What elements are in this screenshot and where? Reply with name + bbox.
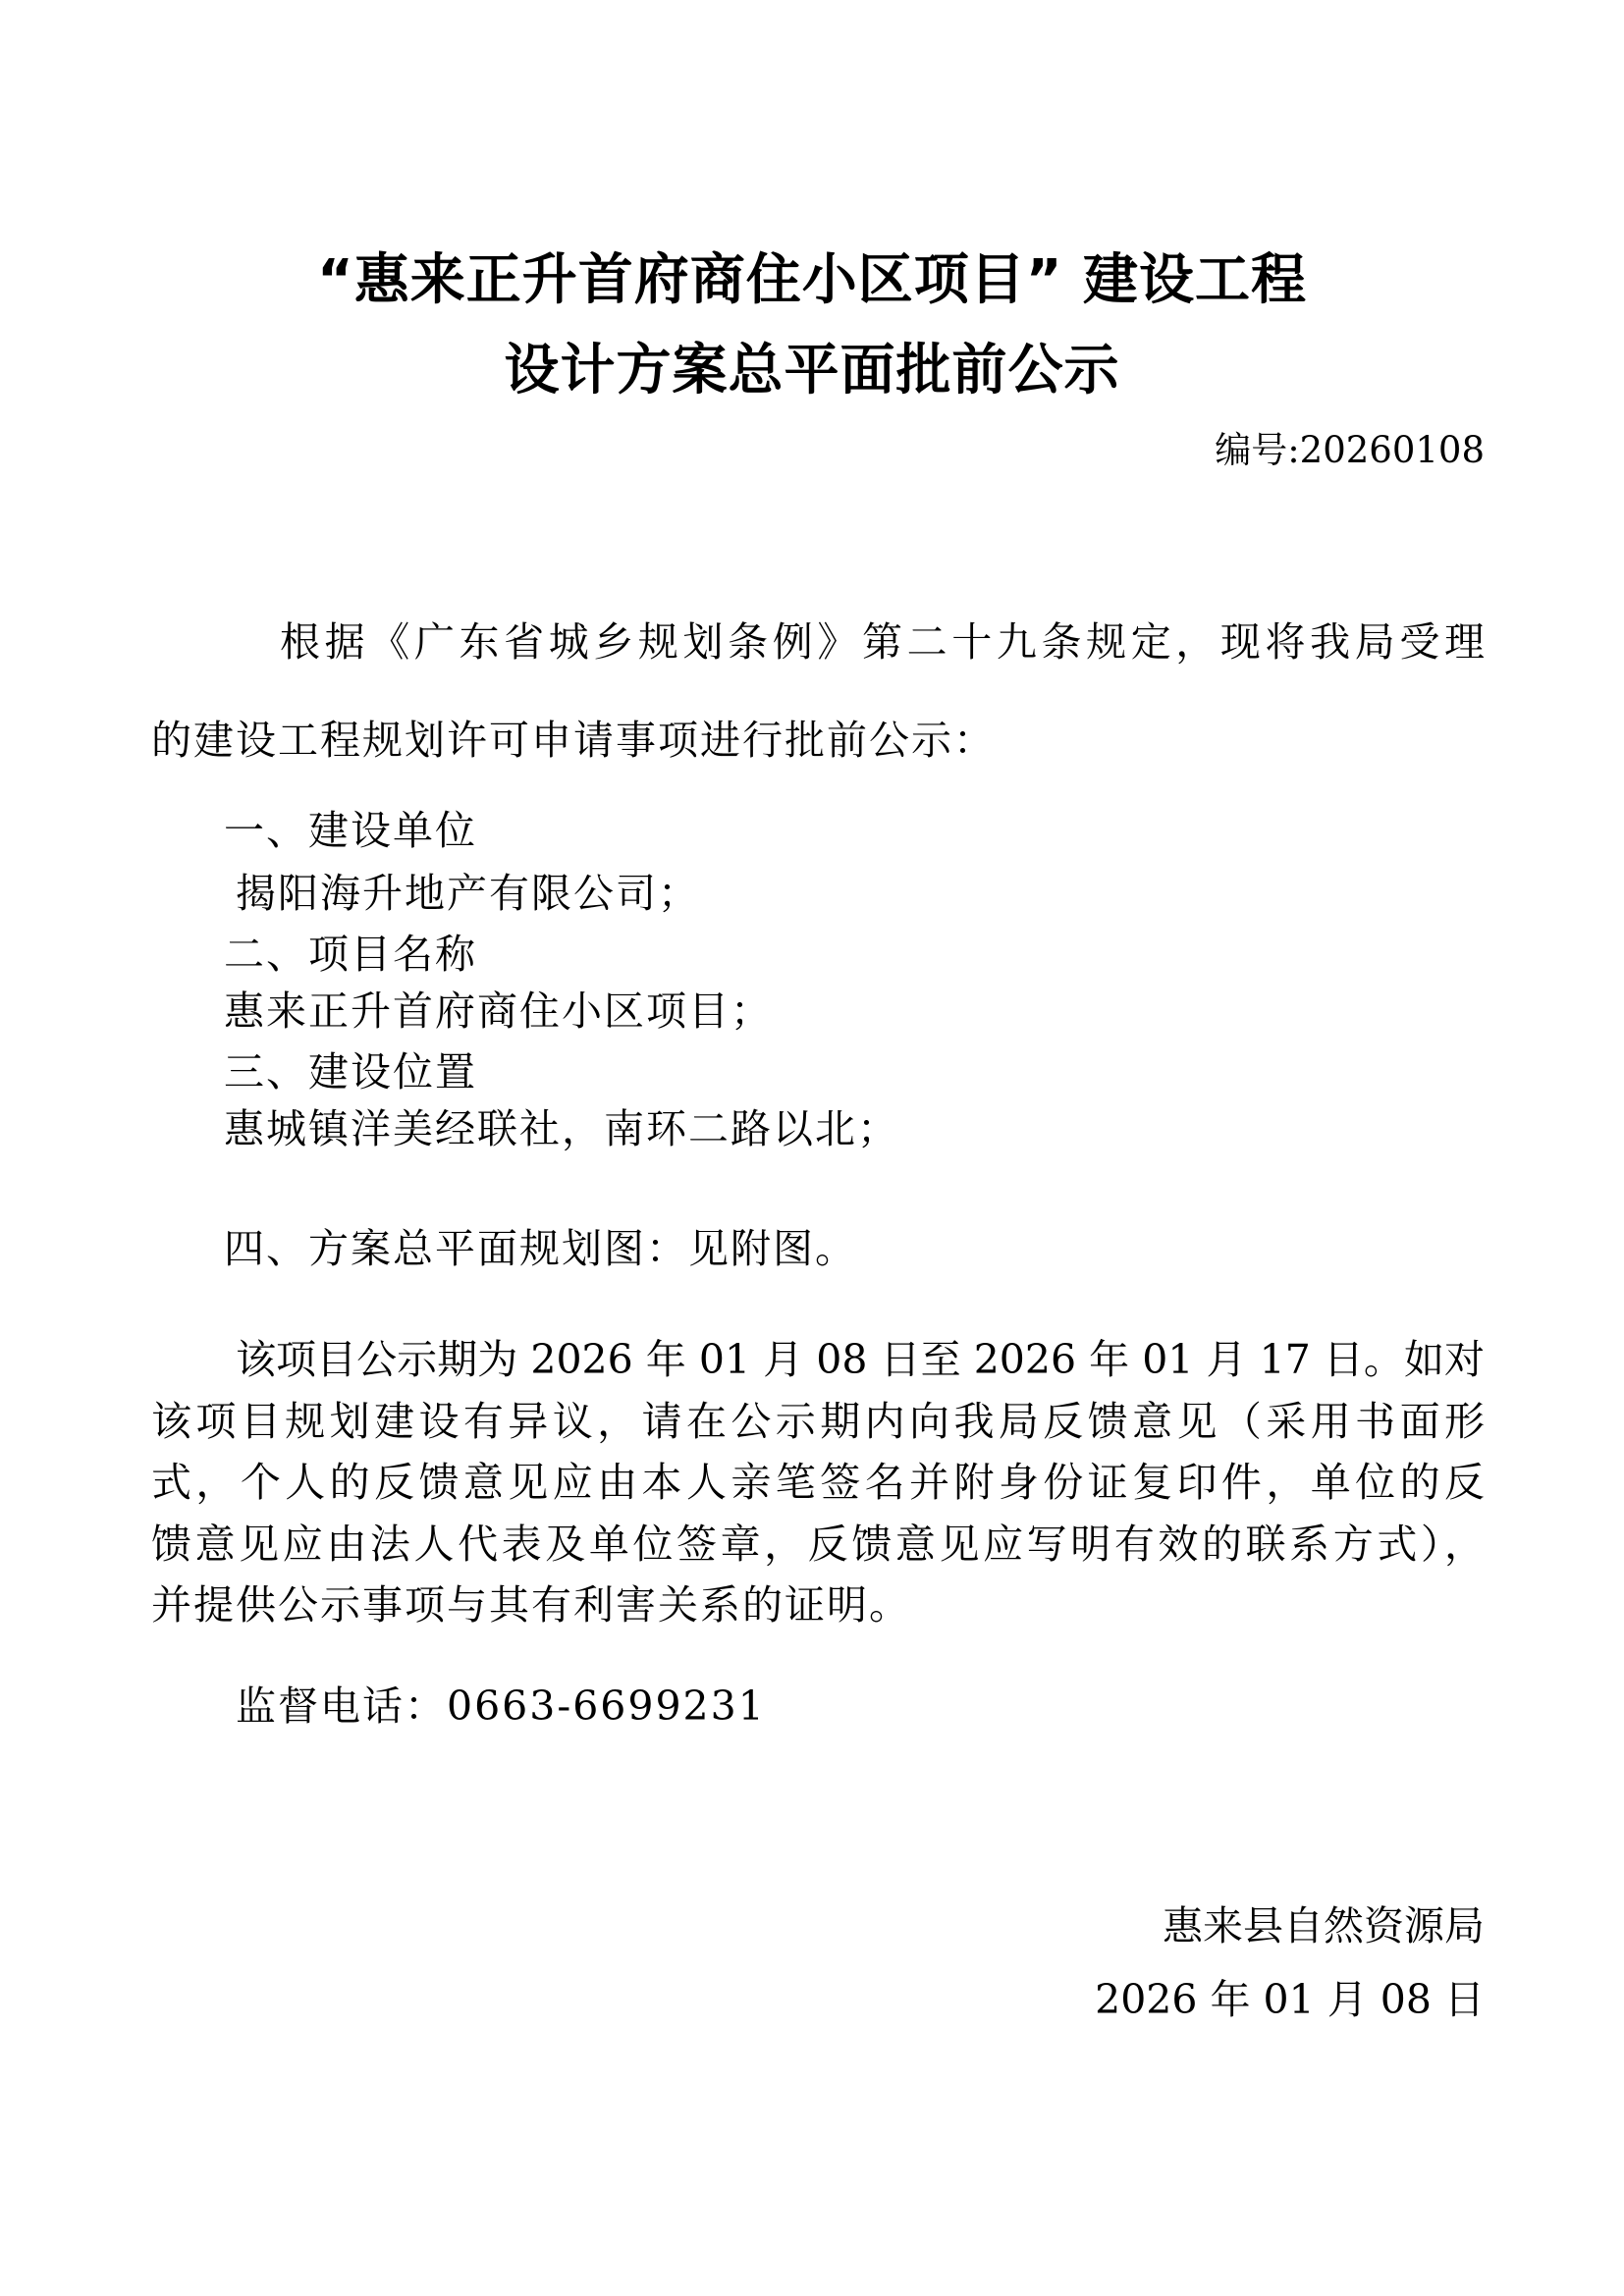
section-content-construction-unit: 揭阳海升地产有限公司； xyxy=(236,874,700,914)
section-heading-site-plan: 四、方案总平面规划图：见附图。 xyxy=(224,1229,857,1269)
notice-paragraph-line-2: 该项目规划建设有异议，请在公示期内向我局反馈意见（采用书面形 xyxy=(151,1402,1485,1442)
document-title-line-1: “惠来正升首府商住小区项目” 建设工程 xyxy=(0,253,1624,308)
notice-paragraph-line-1: 该项目公示期为 2026 年 01 月 08 日至 2026 年 01 月 17… xyxy=(236,1340,1485,1380)
intro-paragraph-line-2: 的建设工程规划许可申请事项进行批前公示： xyxy=(151,721,996,761)
section-heading-project-name: 二、项目名称 xyxy=(224,934,477,975)
section-heading-location: 三、建设位置 xyxy=(224,1052,477,1093)
issuing-organization: 惠来县自然资源局 xyxy=(1163,1906,1485,1947)
section-content-project-name: 惠来正升首府商住小区项目； xyxy=(224,991,773,1032)
document-title-line-2: 设计方案总平面批前公示 xyxy=(0,344,1624,399)
document-number: 编号:20260108 xyxy=(1215,432,1485,468)
notice-paragraph-line-5: 并提供公示事项与其有利害关系的证明。 xyxy=(151,1585,911,1626)
issue-date: 2026 年 01 月 08 日 xyxy=(1095,1980,1485,2020)
notice-paragraph-line-4: 馈意见应由法人代表及单位签章，反馈意见应写明有效的联系方式）， xyxy=(151,1524,1485,1565)
notice-page: “惠来正升首府商住小区项目” 建设工程 设计方案总平面批前公示 编号:20260… xyxy=(0,0,1624,2296)
section-content-location: 惠城镇洋美经联社，南环二路以北； xyxy=(224,1109,899,1149)
notice-paragraph-line-3: 式，个人的反馈意见应由本人亲笔签名并附身份证复印件，单位的反 xyxy=(151,1463,1485,1503)
section-heading-construction-unit: 一、建设单位 xyxy=(224,811,477,851)
intro-paragraph-line-1: 根据《广东省城乡规划条例》第二十九条规定，现将我局受理 xyxy=(280,622,1485,663)
supervision-phone: 监督电话：0663-6699231 xyxy=(236,1686,766,1727)
